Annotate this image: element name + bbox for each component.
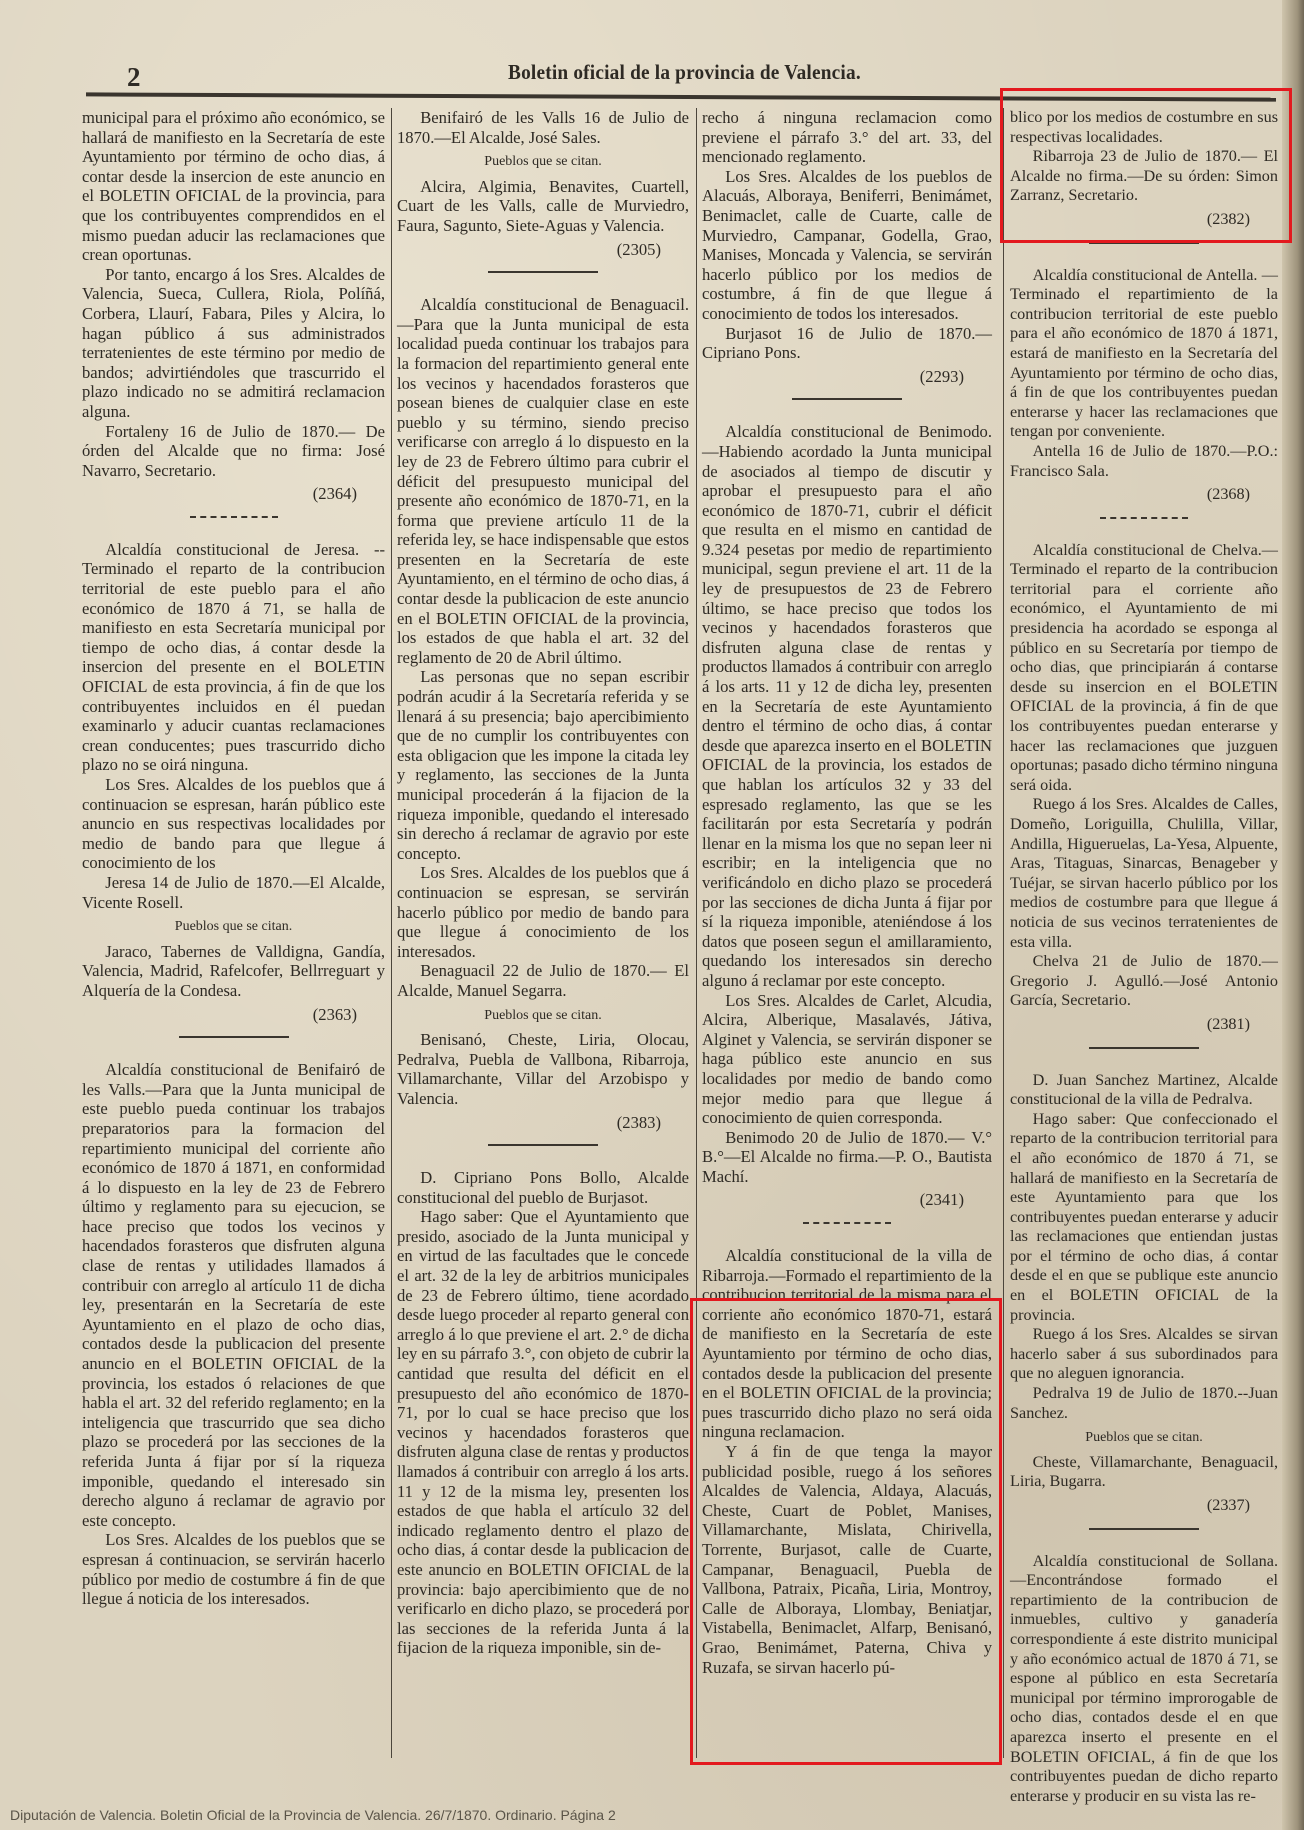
- paragraph: Alcaldía constitucional de Benimodo.—Hab…: [702, 422, 992, 990]
- article-separator: [179, 1036, 289, 1038]
- paragraph: Alcaldía constitucional de Benifairó de …: [82, 1060, 385, 1530]
- paragraph: Alcaldía constitucional de Antella. —Ter…: [1010, 266, 1278, 442]
- reference-number: (2363): [82, 1005, 385, 1025]
- reference-number: (2364): [82, 484, 385, 504]
- paragraph: Alcaldía constitucional de Benaguacil.—P…: [397, 295, 689, 667]
- paragraph: Hago saber: Que confeccionado el reparto…: [1010, 1110, 1278, 1326]
- article-separator: [792, 398, 902, 400]
- page-number: 2: [127, 62, 141, 93]
- page-edge: [1282, 0, 1304, 1830]
- reference-number: (2293): [702, 367, 992, 387]
- paragraph: Los Sres. Alcaldes de Carlet, Alcudia, A…: [702, 991, 992, 1128]
- paragraph: D. Cipriano Pons Bollo, Alcalde constitu…: [397, 1168, 689, 1207]
- highlight-box-ribarroja-end: [1000, 88, 1292, 243]
- paragraph: municipal para el próximo año económico,…: [82, 108, 385, 265]
- reference-number: (2381): [1010, 1015, 1278, 1035]
- paragraph: Ruego á los Sres. Alcaldes de Calles, Do…: [1010, 795, 1278, 952]
- paragraph: Alcaldía constitucional de Sollana. —Enc…: [1010, 1552, 1278, 1807]
- article-separator: [488, 1144, 598, 1146]
- reference-number: (2305): [397, 240, 689, 260]
- paragraph: Los Sres. Alcaldes de los pueblos que á …: [397, 863, 689, 961]
- paragraph: Cheste, Villamarchante, Benaguacil, Liri…: [1010, 1453, 1278, 1492]
- article-separator: [190, 516, 278, 518]
- page-title: Boletin oficial de la provincia de Valen…: [508, 60, 861, 85]
- article-separator: [1100, 517, 1188, 519]
- column-divider: [391, 108, 392, 1758]
- highlight-box-ribarroja-start: [690, 1298, 1002, 1765]
- paragraph: Alcaldía constitucional de Jeresa. --Ter…: [82, 540, 385, 775]
- column-4: blico por los medios de costumbre en sus…: [1010, 108, 1278, 1806]
- paragraph: Jeresa 14 de Julio de 1870.—El Alcalde, …: [82, 873, 385, 912]
- paragraph: Por tanto, encargo á los Sres. Alcaldes …: [82, 265, 385, 422]
- paragraph: D. Juan Sanchez Martinez, Alcalde consti…: [1010, 1071, 1278, 1110]
- subheading: Pueblos que se citan.: [397, 152, 689, 172]
- article-separator: [1089, 1528, 1199, 1530]
- paragraph: Ruego á los Sres. Alcaldes se sirvan hac…: [1010, 1325, 1278, 1384]
- paragraph: Antella 16 de Julio de 1870.—P.O.: Franc…: [1010, 442, 1278, 481]
- paragraph: Burjasot 16 de Julio de 1870.— Cipriano …: [702, 324, 992, 363]
- paragraph: Chelva 21 de Julio de 1870.—Gregorio J. …: [1010, 952, 1278, 1011]
- column-2: Benifairó de les Valls 16 de Julio de 18…: [397, 108, 689, 1658]
- reference-number: (2368): [1010, 485, 1278, 505]
- document-caption: Diputación de Valencia. Boletin Oficial …: [10, 1807, 616, 1823]
- paragraph: Benimodo 20 de Julio de 1870.— V.° B.°—E…: [702, 1128, 992, 1187]
- reference-number: (2337): [1010, 1496, 1278, 1516]
- subheading: Pueblos que se citan.: [82, 917, 385, 937]
- paragraph: Benisanó, Cheste, Liria, Olocau, Pedralv…: [397, 1030, 689, 1108]
- reference-number: (2341): [702, 1190, 992, 1210]
- paragraph: Alcira, Algimia, Benavites, Cuartell, Cu…: [397, 177, 689, 236]
- reference-number: (2383): [397, 1113, 689, 1133]
- column-divider: [1003, 108, 1004, 1758]
- paragraph: Los Sres. Alcaldes de los pueblos que se…: [82, 1530, 385, 1608]
- paragraph: Los Sres. Alcaldes de los pueblos de Ala…: [702, 167, 992, 324]
- article-separator: [1089, 1047, 1199, 1049]
- paragraph: Hago saber: Que el Ayuntamiento que pres…: [397, 1207, 689, 1658]
- subheading: Pueblos que se citan.: [397, 1006, 689, 1026]
- paragraph: Pedralva 19 de Julio de 1870.--Juan Sanc…: [1010, 1384, 1278, 1423]
- paragraph: recho á ninguna reclamacion como previen…: [702, 108, 992, 167]
- article-separator: [488, 271, 598, 273]
- subheading: Pueblos que se citan.: [1010, 1428, 1278, 1448]
- paragraph: Benaguacil 22 de Julio de 1870.— El Alca…: [397, 961, 689, 1000]
- paragraph: Alcaldía constitucional de Chelva.— Term…: [1010, 541, 1278, 796]
- paragraph: Fortaleny 16 de Julio de 1870.— De órden…: [82, 422, 385, 481]
- article-separator: [803, 1222, 891, 1224]
- paragraph: Los Sres. Alcaldes de los pueblos que á …: [82, 775, 385, 873]
- paragraph: Benifairó de les Valls 16 de Julio de 18…: [397, 108, 689, 147]
- column-1: municipal para el próximo año económico,…: [82, 108, 385, 1609]
- paragraph: Jaraco, Tabernes de Valldigna, Gandía, V…: [82, 942, 385, 1001]
- paragraph: Las personas que no sepan escribir podrá…: [397, 667, 689, 863]
